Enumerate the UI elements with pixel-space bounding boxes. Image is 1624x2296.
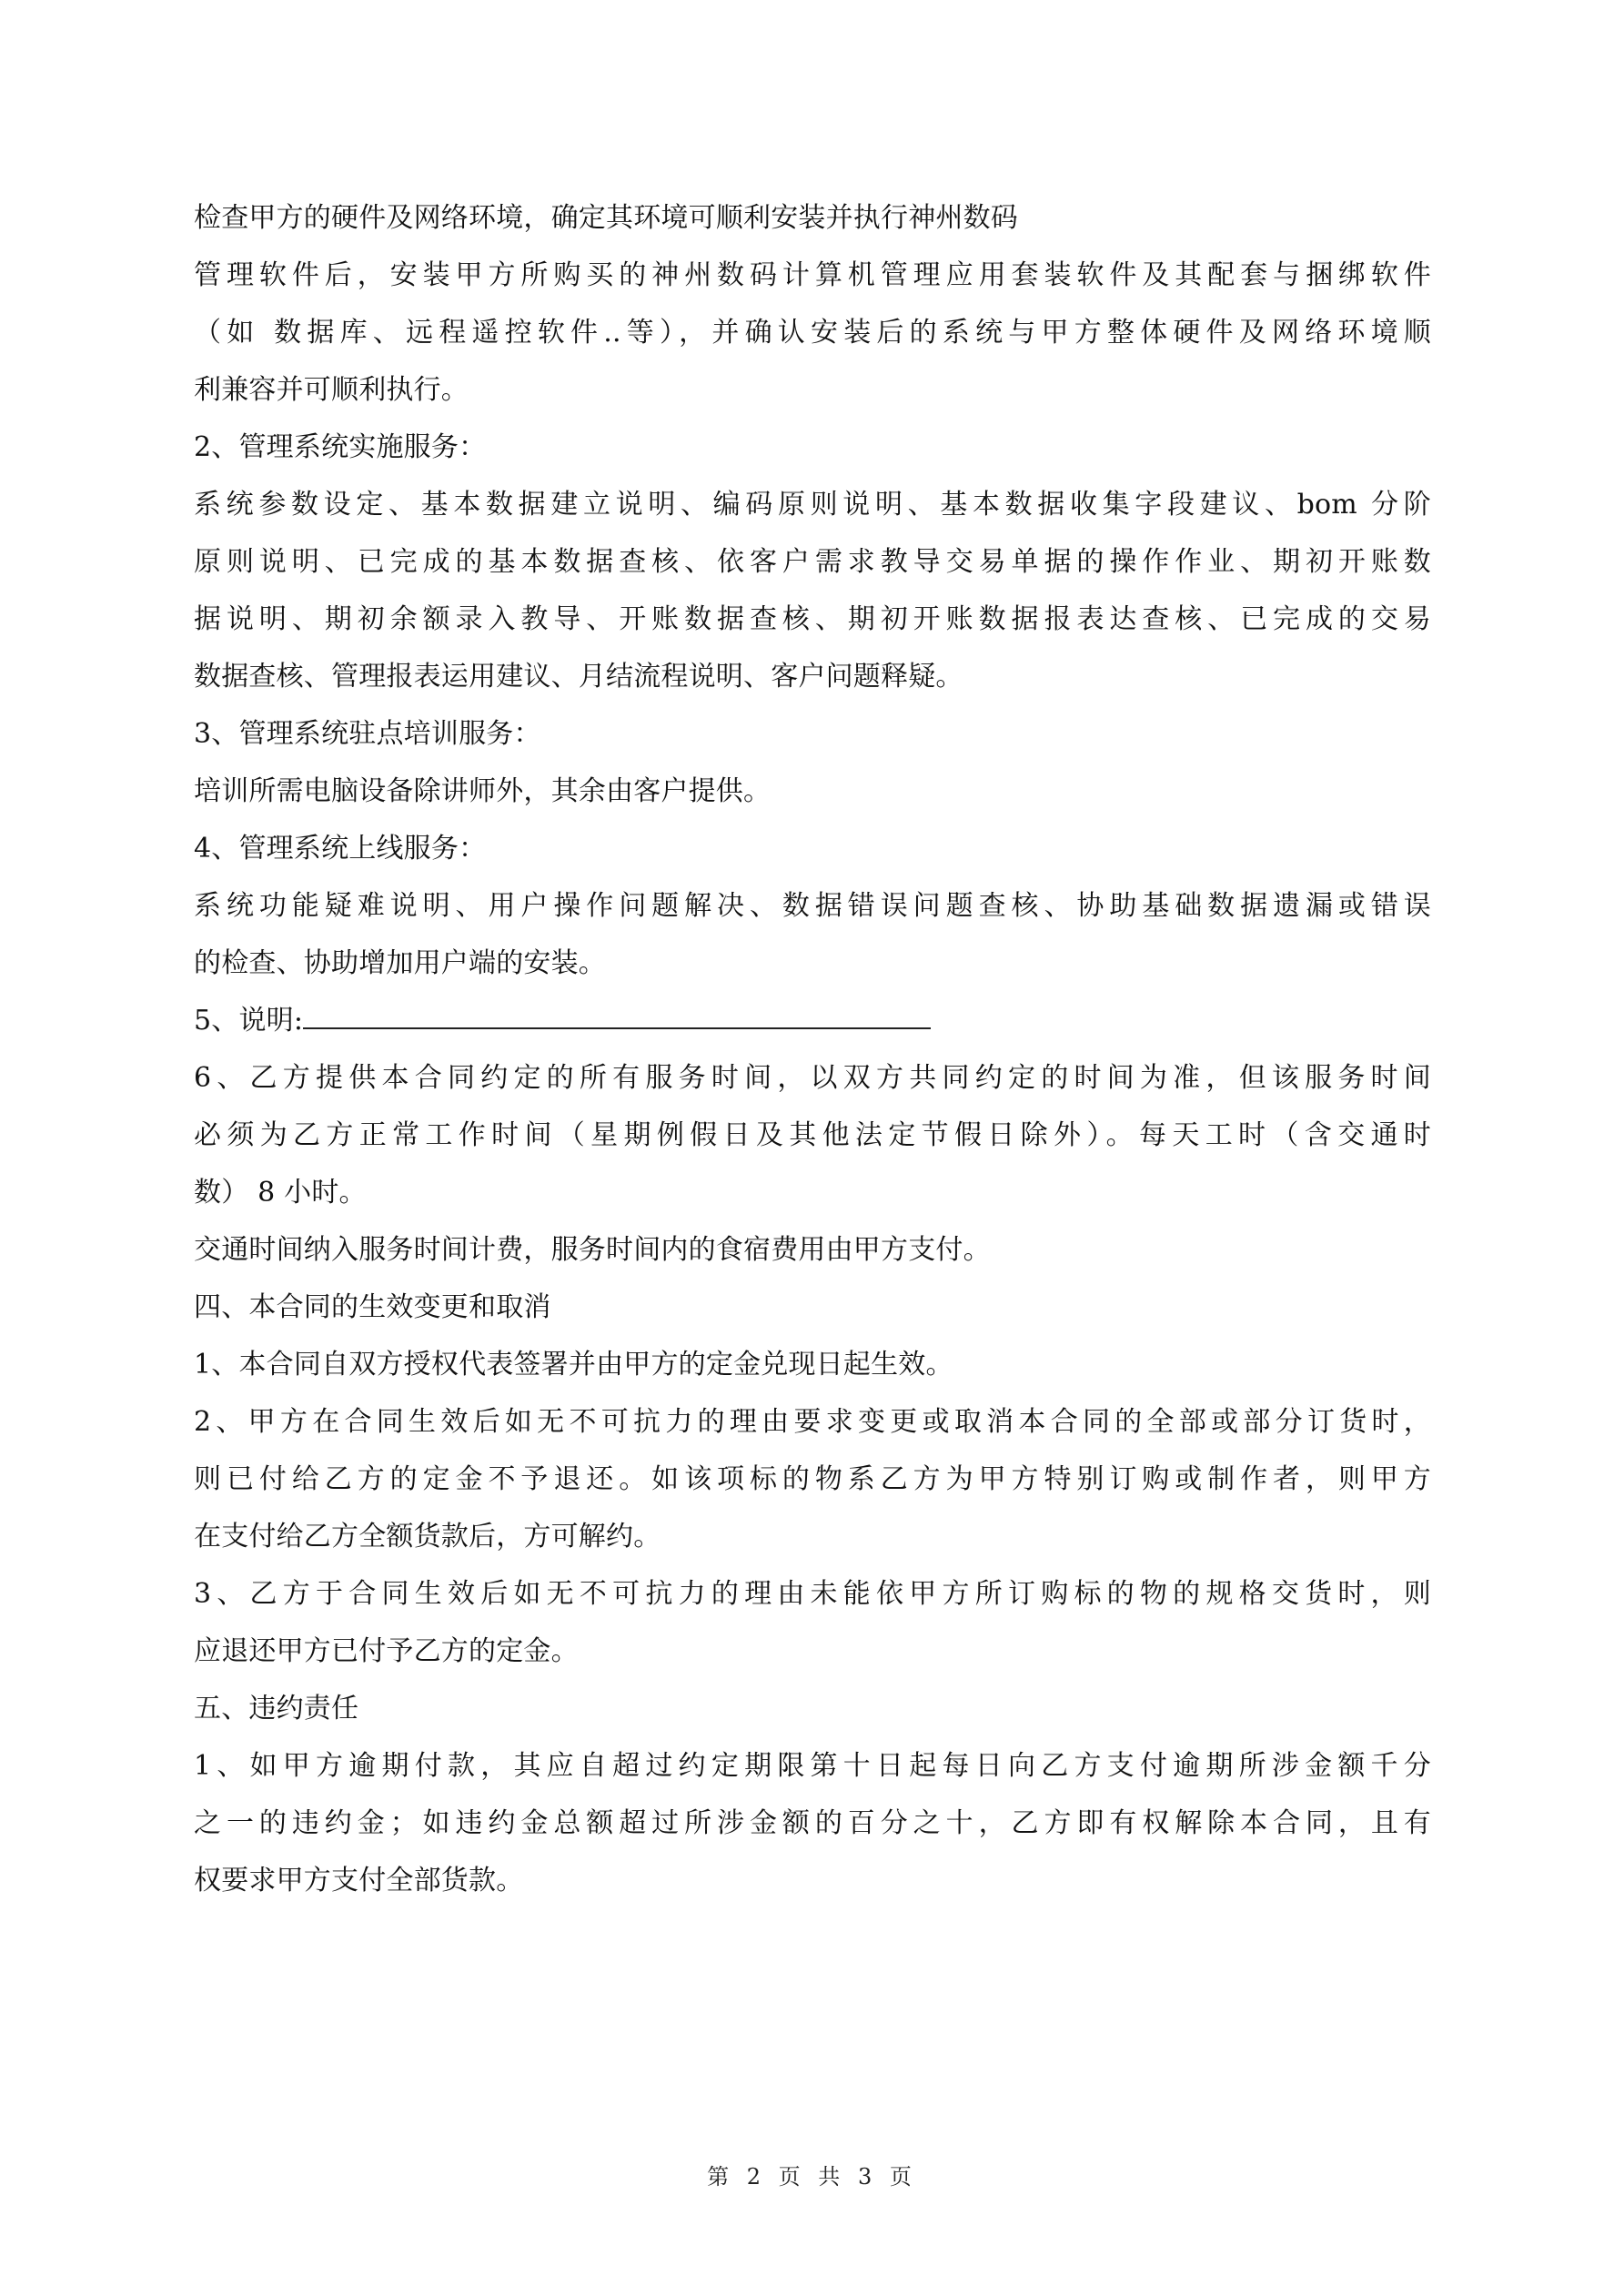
paragraph-line: 6、乙方提供本合同约定的所有服务时间，以双方共同约定的时间为准，但该服务时间 [194, 1049, 1431, 1107]
note-label: 5、说明: [194, 1005, 303, 1037]
paragraph-line: 原则说明、已完成的基本数据查核、依客户需求教导交易单据的操作作业、期初开账数 [194, 533, 1431, 591]
paragraph-line: 管理软件后，安装甲方所购买的神州数码计算机管理应用套装软件及其配套与捆绑软件 [194, 247, 1431, 304]
paragraph-line: 培训所需电脑设备除讲师外，其余由客户提供。 [194, 763, 1431, 820]
paragraph-line: 检查甲方的硬件及网络环境，确定其环境可顺利安装并执行神州数码 [194, 189, 1431, 247]
paragraph-line: 2、甲方在合同生效后如无不可抗力的理由要求变更或取消本合同的全部或部分订货时， [194, 1393, 1431, 1451]
paragraph-line: 数据查核、管理报表运用建议、月结流程说明、客户问题释疑。 [194, 648, 1431, 705]
section-heading: 3、管理系统驻点培训服务： [194, 705, 1431, 763]
paragraph-line: 据说明、期初余额录入教导、开账数据查核、期初开账数据报表达查核、已完成的交易 [194, 591, 1431, 648]
paragraph-line: 1、本合同自双方授权代表签署并由甲方的定金兑现日起生效。 [194, 1336, 1431, 1393]
document-page: 检查甲方的硬件及网络环境，确定其环境可顺利安装并执行神州数码 管理软件后，安装甲… [194, 189, 1431, 1909]
section-heading: 4、管理系统上线服务： [194, 820, 1431, 877]
paragraph-line: 1、如甲方逾期付款，其应自超过约定期限第十日起每日向乙方支付逾期所涉金额千分 [194, 1737, 1431, 1795]
paragraph-line: 数） 8 小时。 [194, 1164, 1431, 1221]
paragraph-line: 系统参数设定、基本数据建立说明、编码原则说明、基本数据收集字段建议、bom 分阶 [194, 476, 1431, 533]
paragraph-line: 之一的违约金；如违约金总额超过所涉金额的百分之十，乙方即有权解除本合同，且有 [194, 1795, 1431, 1852]
paragraph-line: 应退还甲方已付予乙方的定金。 [194, 1623, 1431, 1680]
paragraph-line: 则已付给乙方的定金不予退还。如该项标的物系乙方为甲方特别订购或制作者，则甲方 [194, 1451, 1431, 1508]
page-number-footer: 第 2 页 共 3 页 [0, 2159, 1624, 2190]
note-line: 5、说明: [194, 992, 1431, 1049]
paragraph-line: 必须为乙方正常工作时间（星期例假日及其他法定节假日除外）。每天工时（含交通时 [194, 1107, 1431, 1164]
paragraph-line: 3、乙方于合同生效后如无不可抗力的理由未能依甲方所订购标的物的规格交货时，则 [194, 1565, 1431, 1623]
chapter-heading: 五、违约责任 [194, 1680, 1431, 1737]
paragraph-line: 在支付给乙方全额货款后，方可解约。 [194, 1508, 1431, 1565]
paragraph-line: 系统功能疑难说明、用户操作问题解决、数据错误问题查核、协助基础数据遗漏或错误 [194, 877, 1431, 935]
chapter-heading: 四、本合同的生效变更和取消 [194, 1279, 1431, 1336]
paragraph-line: 的检查、协助增加用户端的安装。 [194, 935, 1431, 992]
paragraph-line: 交通时间纳入服务时间计费，服务时间内的食宿费用由甲方支付。 [194, 1221, 1431, 1279]
fill-in-blank[interactable] [303, 1006, 931, 1029]
paragraph-line: （如 数据库、远程遥控软件..等），并确认安装后的系统与甲方整体硬件及网络环境顺 [194, 304, 1431, 361]
section-heading: 2、管理系统实施服务： [194, 419, 1431, 476]
paragraph-line: 权要求甲方支付全部货款。 [194, 1852, 1431, 1909]
paragraph-line: 利兼容并可顺利执行。 [194, 361, 1431, 419]
